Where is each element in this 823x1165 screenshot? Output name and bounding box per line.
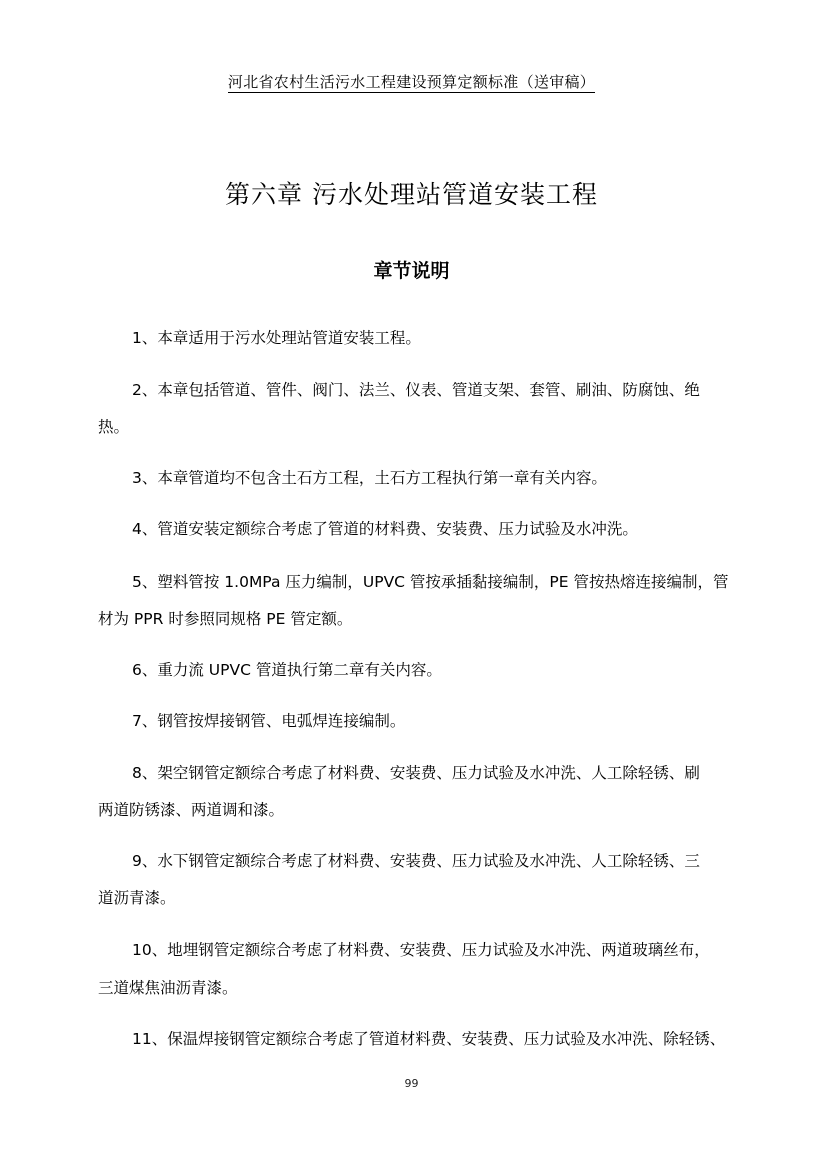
- paragraph-8-line-1: 8、架空钢管定额综合考虑了材料费、安装费、压力试验及水冲洗、人工除轻锈、刷: [98, 763, 700, 783]
- paragraph-line: 2、本章包括管道、管件、阀门、法兰、仪表、管道支架、套管、刷油、防腐蚀、绝: [132, 381, 700, 399]
- paragraph-line: 10、地埋钢管定额综合考虑了材料费、安装费、压力试验及水冲洗、两道玻璃丝布，: [132, 941, 710, 959]
- paragraph-line: 热。: [98, 418, 129, 436]
- paragraph-6: 6、重力流 UPVC 管道执行第二章有关内容。: [98, 660, 442, 680]
- section-title: 章节说明: [0, 257, 823, 285]
- paragraph-line: 两道防锈漆、两道调和漆。: [98, 801, 284, 819]
- paragraph-line: 1、本章适用于污水处理站管道安装工程。: [132, 329, 421, 347]
- paragraph-10-line-1: 10、地埋钢管定额综合考虑了材料费、安装费、压力试验及水冲洗、两道玻璃丝布，: [98, 940, 710, 960]
- paragraph-3: 3、本章管道均不包含土石方工程，土石方工程执行第一章有关内容。: [98, 468, 607, 488]
- paragraph-line: 道沥青漆。: [98, 889, 176, 907]
- paragraph-2-line-1: 2、本章包括管道、管件、阀门、法兰、仪表、管道支架、套管、刷油、防腐蚀、绝: [98, 380, 700, 400]
- paragraph-5-line-2: 材为 PPR 时参照同规格 PE 管定额。: [98, 609, 352, 629]
- paragraph-8-line-2: 两道防锈漆、两道调和漆。: [98, 800, 284, 820]
- paragraph-5-line-1: 5、塑料管按 1.0MPa 压力编制，UPVC 管按承插黏接编制，PE 管按热熔…: [98, 572, 729, 592]
- paragraph-9-line-1: 9、水下钢管定额综合考虑了材料费、安装费、压力试验及水冲洗、人工除轻锈、三: [98, 851, 700, 871]
- paragraph-line: 材为 PPR 时参照同规格 PE 管定额。: [98, 610, 352, 628]
- paragraph-4: 4、管道安装定额综合考虑了管道的材料费、安装费、压力试验及水冲洗。: [98, 519, 638, 539]
- paragraph-10-line-2: 三道煤焦油沥青漆。: [98, 978, 238, 998]
- page-number: 99: [0, 1077, 823, 1091]
- paragraph-2-line-2: 热。: [98, 417, 129, 437]
- paragraph-1: 1、本章适用于污水处理站管道安装工程。: [98, 328, 421, 348]
- paragraph-7: 7、钢管按焊接钢管、电弧焊连接编制。: [98, 711, 405, 731]
- paragraph-11-line-1: 11、保温焊接钢管定额综合考虑了管道材料费、安装费、压力试验及水冲洗、除轻锈、: [98, 1029, 725, 1049]
- chapter-title: 第六章 污水处理站管道安装工程: [0, 178, 823, 212]
- paragraph-line: 5、塑料管按 1.0MPa 压力编制，UPVC 管按承插黏接编制，PE 管按热熔…: [132, 573, 729, 591]
- paragraph-line: 8、架空钢管定额综合考虑了材料费、安装费、压力试验及水冲洗、人工除轻锈、刷: [132, 764, 700, 782]
- paragraph-line: 11、保温焊接钢管定额综合考虑了管道材料费、安装费、压力试验及水冲洗、除轻锈、: [132, 1030, 725, 1048]
- running-header: 河北省农村生活污水工程建设预算定额标准（送审稿）: [0, 72, 823, 92]
- paragraph-line: 6、重力流 UPVC 管道执行第二章有关内容。: [132, 661, 442, 679]
- paragraph-line: 三道煤焦油沥青漆。: [98, 979, 238, 997]
- document-title: 河北省农村生活污水工程建设预算定额标准（送审稿）: [228, 73, 595, 93]
- paragraph-line: 9、水下钢管定额综合考虑了材料费、安装费、压力试验及水冲洗、人工除轻锈、三: [132, 852, 700, 870]
- paragraph-9-line-2: 道沥青漆。: [98, 888, 176, 908]
- paragraph-line: 3、本章管道均不包含土石方工程，土石方工程执行第一章有关内容。: [132, 469, 607, 487]
- paragraph-line: 4、管道安装定额综合考虑了管道的材料费、安装费、压力试验及水冲洗。: [132, 520, 638, 538]
- paragraph-line: 7、钢管按焊接钢管、电弧焊连接编制。: [132, 712, 405, 730]
